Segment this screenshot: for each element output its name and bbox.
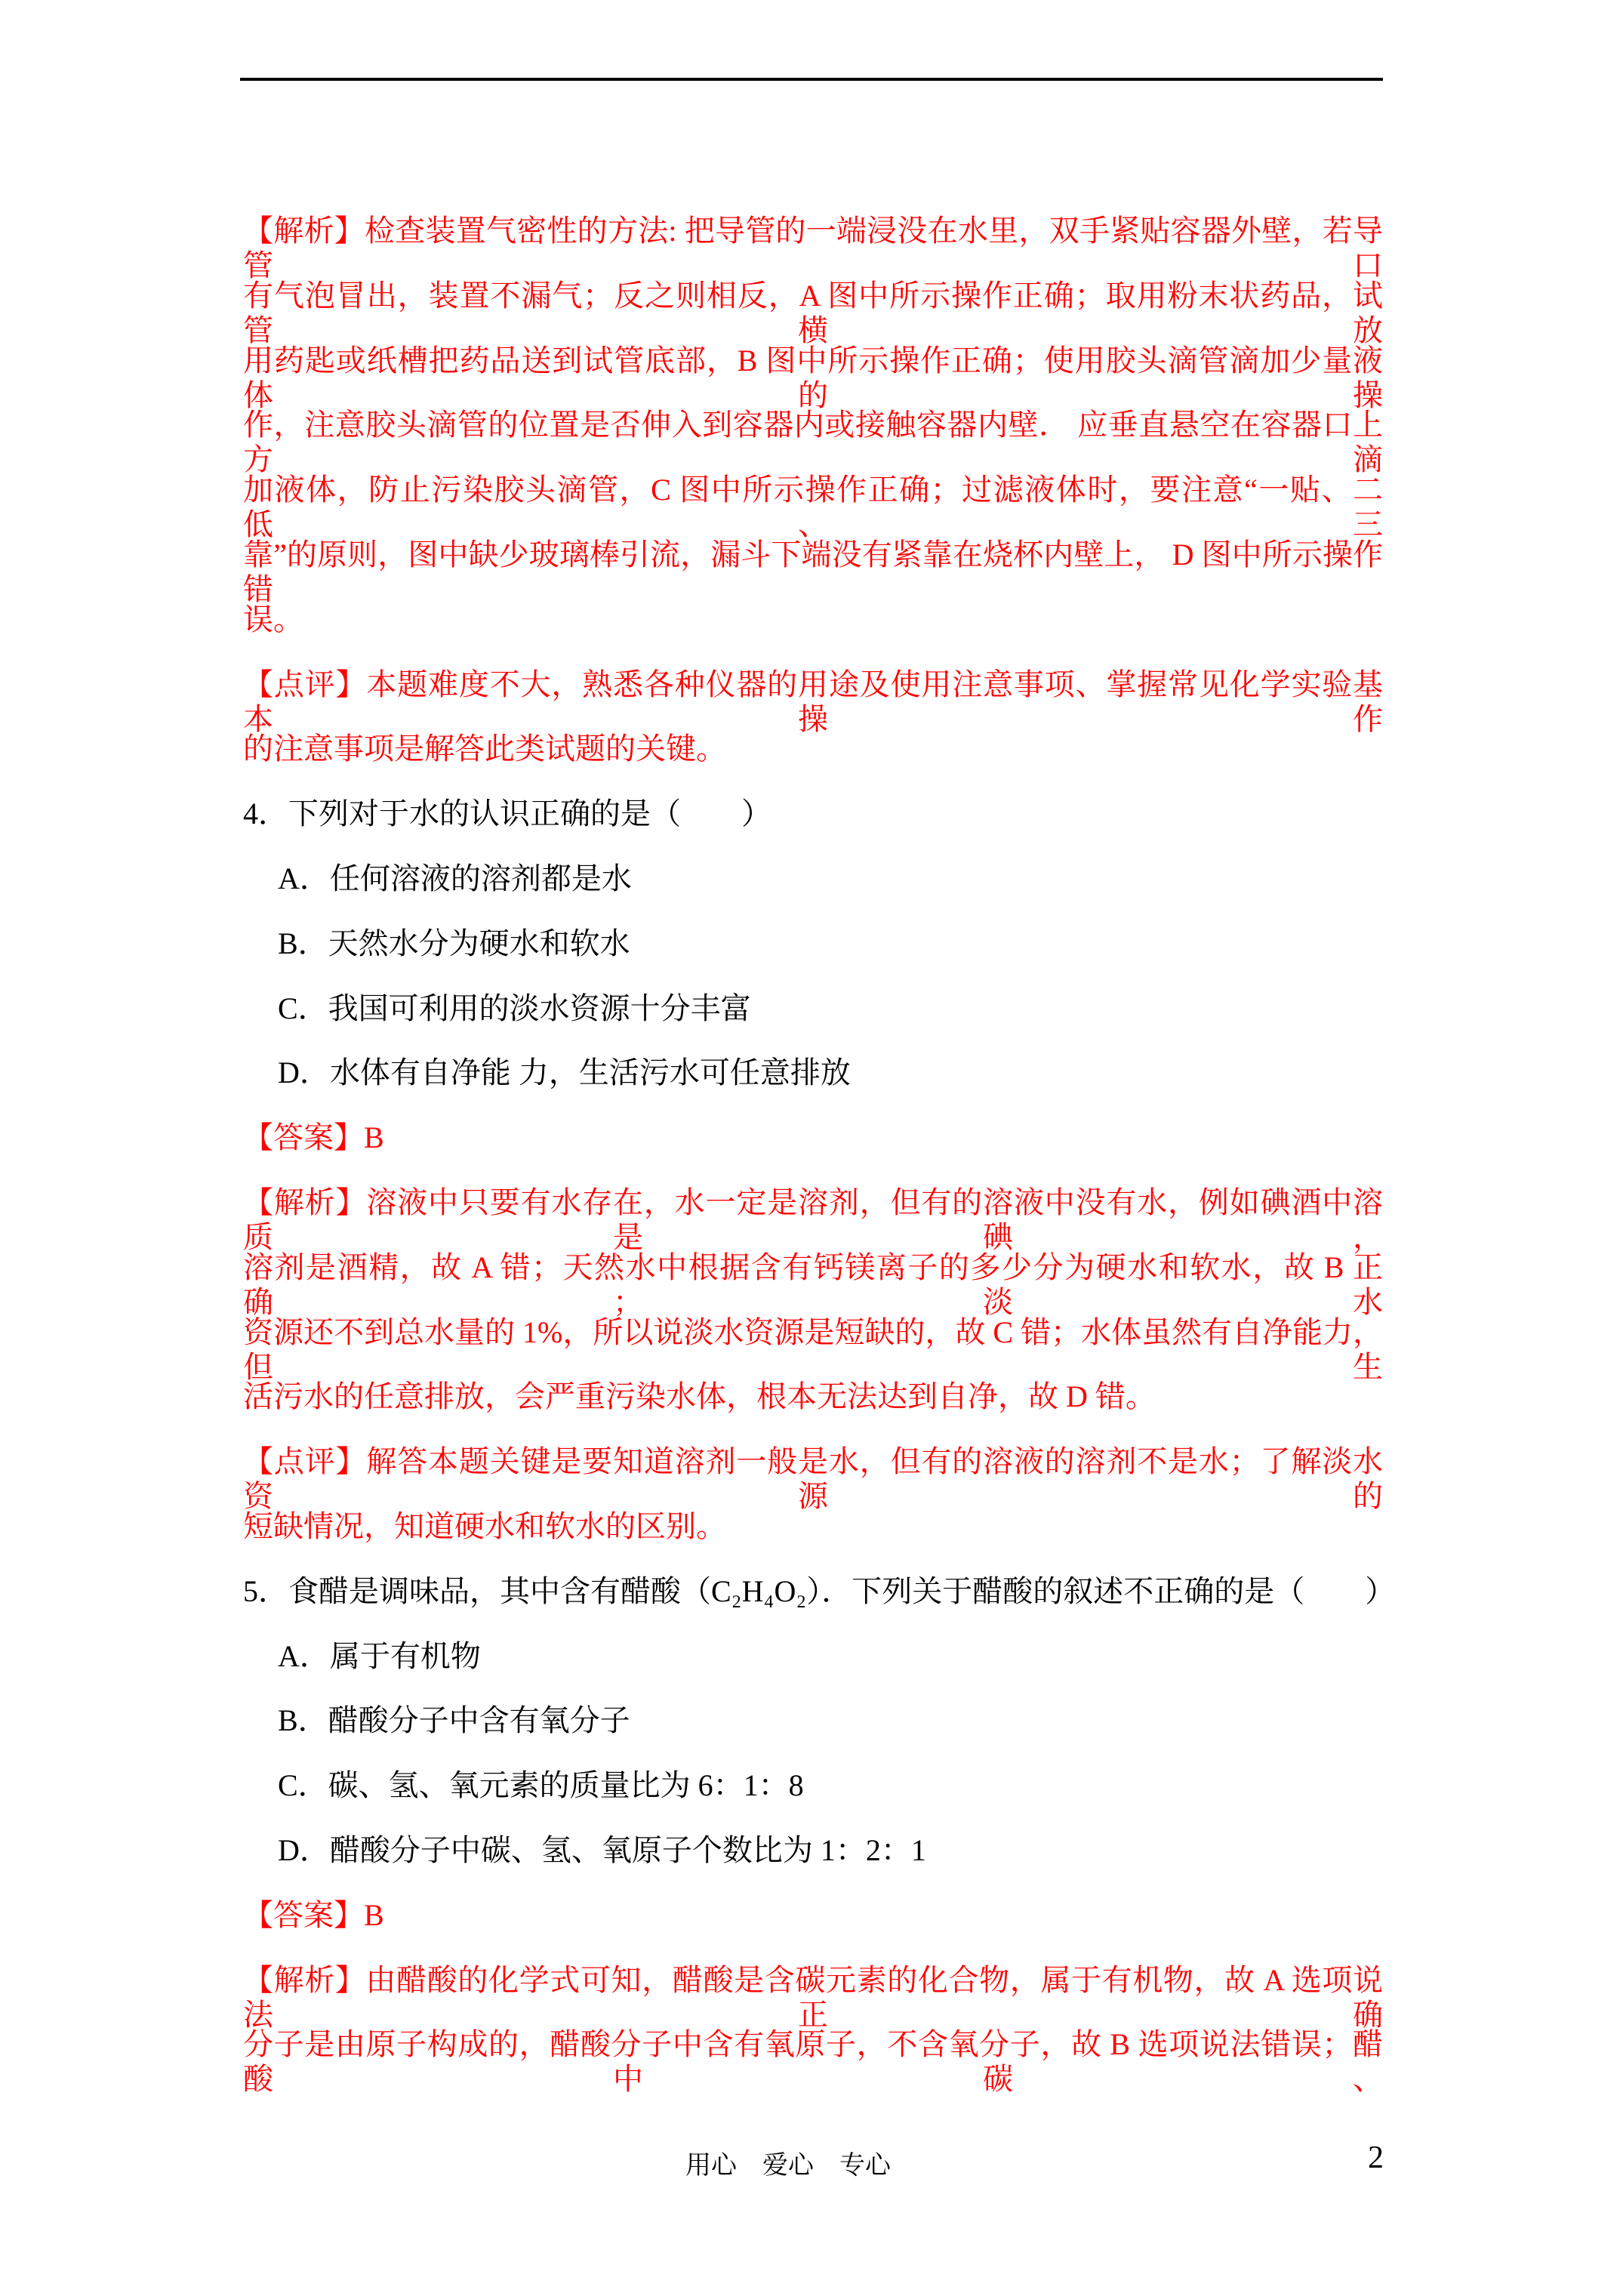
page-number: 2 (1368, 2140, 1384, 2176)
analysis-q3-line5: 加液体，防止污染胶头滴管，C 图中所示操作正确；过滤液体时，要注意“一贴、二低、… (243, 473, 1383, 542)
analysis-q3-line3: 用药匙或纸槽把药品送到试管底部，B 图中所示操作正确；使用胶头滴管滴加少量液体的… (243, 344, 1383, 413)
answer-q5: 【答案】B (243, 1898, 1383, 1933)
question-5-stem: 5．食醋是调味品，其中含有醋酸（C₂H₄O₂）．下列关于醋酸的叙述不正确的是（ … (243, 1574, 1383, 1609)
answer-q4: 【答案】B (243, 1120, 1383, 1155)
comment-q3-line2: 的注意事项是解答此类试题的关键。 (243, 732, 1383, 766)
question-4-stem: 4．下列对于水的认识正确的是（ ） (243, 797, 1383, 831)
analysis-q4-line2: 溶剂是酒精，故 A 错；天然水中根据含有钙镁离子的多少分为硬水和软水，故 B 正… (243, 1250, 1383, 1320)
comment-q4-line1: 【点评】解答本题关键是要知道溶剂一般是水，但有的溶液的溶剂不是水；了解淡水资源的 (243, 1444, 1383, 1514)
document-page: 【解析】检查装置气密性的方法: 把导管的一端浸没在水里，双手紧贴容器外壁，若导管… (0, 0, 1623, 2296)
question-5-option-b: B．醋酸分子中含有氧分子 (278, 1703, 1383, 1738)
question-4-option-a: A．任何溶液的溶剂都是水 (278, 861, 1383, 896)
analysis-q3-line6: 靠”的原则，图中缺少玻璃棒引流，漏斗下端没有紧靠在烧杯内壁上， D 图中所示操作… (243, 538, 1383, 607)
footer-motto: 用心 爱心 专心 (685, 2144, 891, 2181)
analysis-q3-line4: 作，注意胶头滴管的位置是否伸入到容器内或接触容器内壁． 应垂直悬空在容器口上方滴 (243, 408, 1383, 477)
analysis-q4-line1: 【解析】溶液中只要有水存在，水一定是溶剂，但有的溶液中没有水，例如碘酒中溶质是碘… (243, 1185, 1383, 1255)
analysis-q3-line1: 【解析】检查装置气密性的方法: 把导管的一端浸没在水里，双手紧贴容器外壁，若导管… (243, 214, 1383, 283)
header-rule (240, 78, 1383, 81)
question-5-option-c: C．碳、氢、氧元素的质量比为 6：1：8 (278, 1768, 1383, 1803)
analysis-q4-line4: 活污水的任意排放，会严重污染水体，根本无法达到自净，故 D 错。 (243, 1379, 1383, 1414)
analysis-q3-line7: 误。 (243, 603, 1383, 637)
question-4-option-c: C．我国可利用的淡水资源十分丰富 (278, 991, 1383, 1026)
comment-q4-line2: 短缺情况，知道硬水和软水的区别。 (243, 1509, 1383, 1544)
question-4-option-b: B．天然水分为硬水和软水 (278, 926, 1383, 961)
question-4-option-d: D．水体有自净能 力，生活污水可任意排放 (278, 1056, 1383, 1090)
comment-q3-line1: 【点评】本题难度不大，熟悉各种仪器的用途及使用注意事项、掌握常见化学实验基本操作 (243, 667, 1383, 737)
question-5-option-a: A．属于有机物 (278, 1639, 1383, 1674)
analysis-q5-line1: 【解析】由醋酸的化学式可知，醋酸是含碳元素的化合物，属于有机物，故 A 选项说法… (243, 1963, 1383, 2032)
analysis-q4-line3: 资源还不到总水量的 1%，所以说淡水资源是短缺的，故 C 错；水体虽然有自净能力… (243, 1315, 1383, 1385)
question-5-option-d: D．醋酸分子中碳、氢、氧原子个数比为 1：2：1 (278, 1833, 1383, 1868)
analysis-q5-line2: 分子是由原子构成的，醋酸分子中含有氧原子，不含氧分子，故 B 选项说法错误；醋酸… (243, 2027, 1383, 2097)
analysis-q3-line2: 有气泡冒出，装置不漏气；反之则相反，A 图中所示操作正确；取用粉末状药品，试管横… (243, 279, 1383, 348)
